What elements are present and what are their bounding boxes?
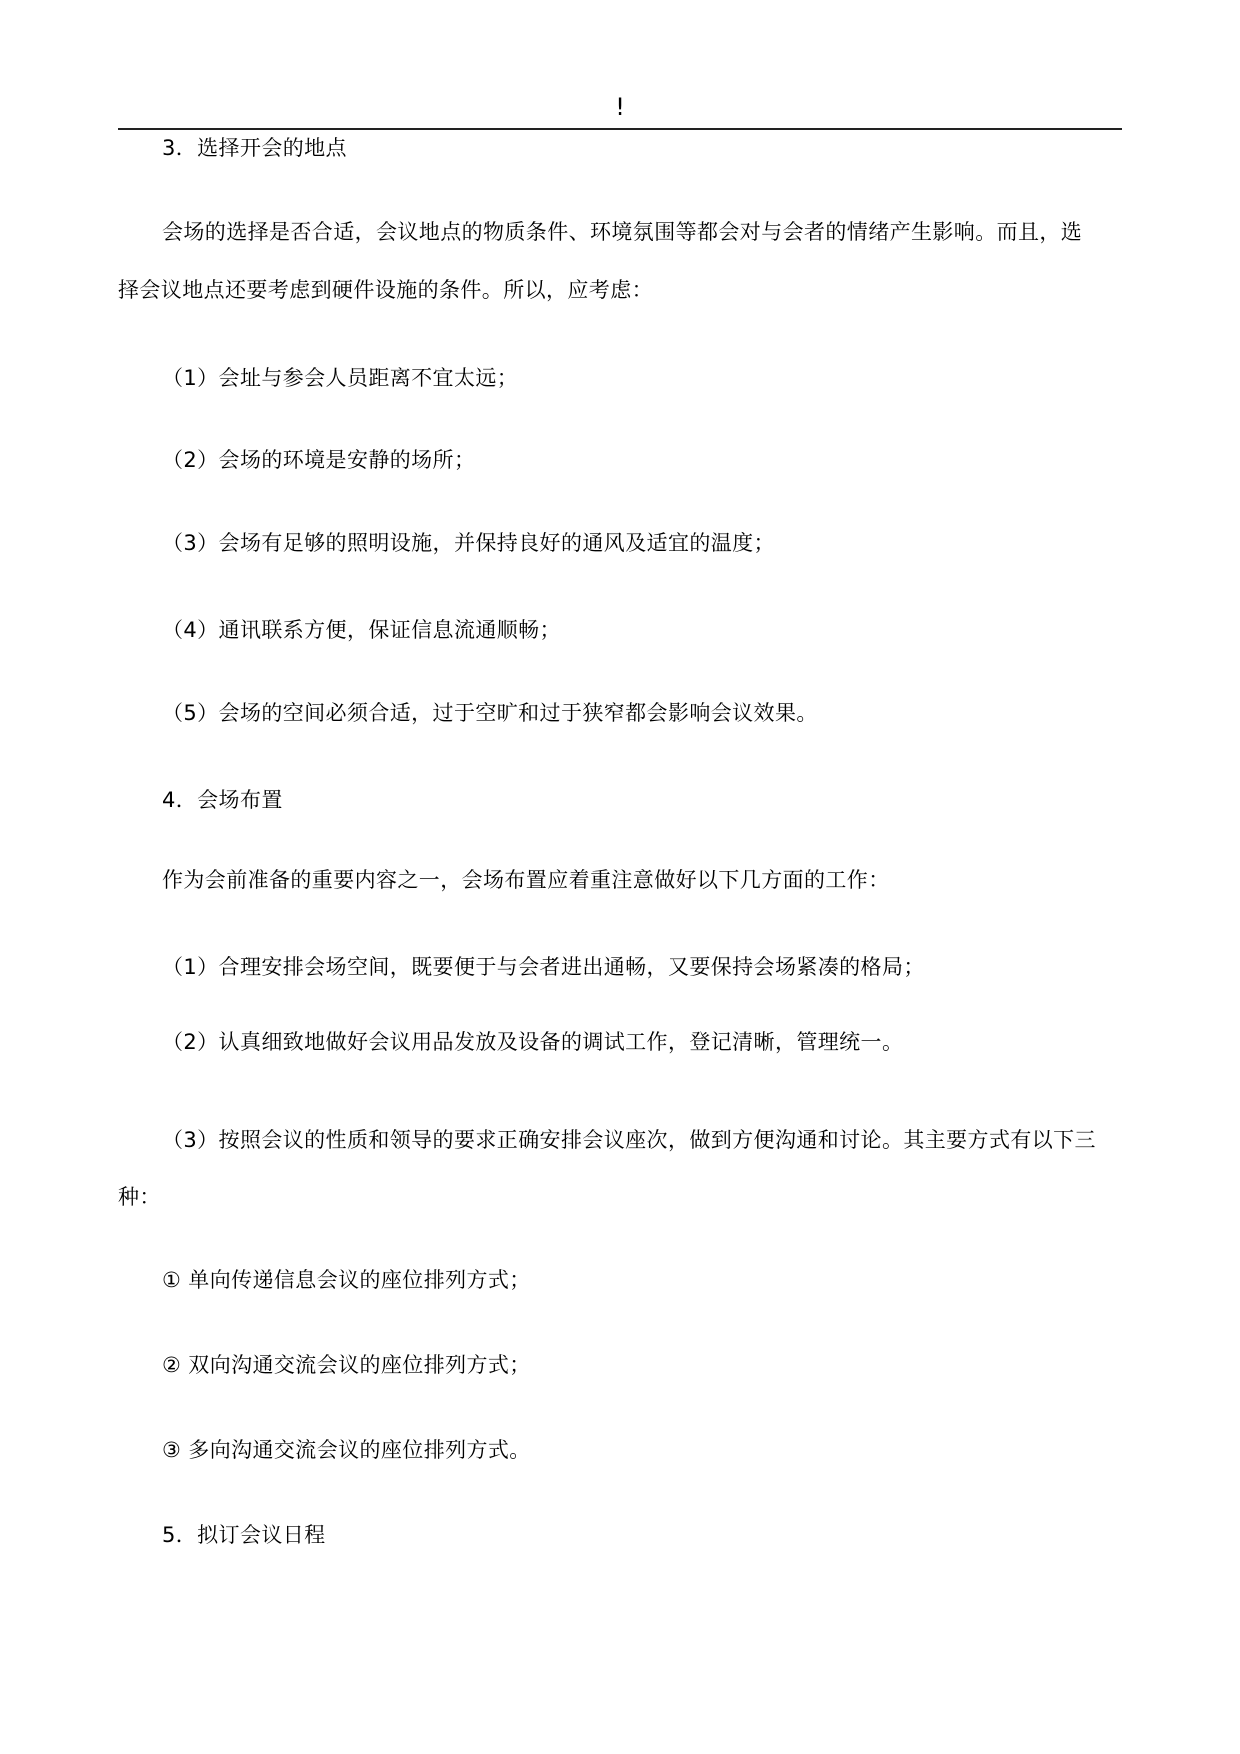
section-3-item-4: （4）通讯联系方便，保证信息流通顺畅； xyxy=(162,616,561,644)
section-4-item-1: （1）合理安排会场空间，既要便于与会者进出通畅，又要保持会场紧凑的格局； xyxy=(162,953,925,981)
seating-option-2: ② 双向沟通交流会议的座位排列方式； xyxy=(162,1351,531,1379)
section-3-heading: 3．选择开会的地点 xyxy=(162,134,347,162)
header-mark: ! xyxy=(0,93,1240,121)
header-divider xyxy=(118,128,1122,130)
section-3-intro-line-1: 会场的选择是否合适，会议地点的物质条件、环境氛围等都会对与会者的情绪产生影响。而… xyxy=(162,218,1082,246)
section-5-heading: 5．拟订会议日程 xyxy=(162,1521,326,1549)
seating-option-3: ③ 多向沟通交流会议的座位排列方式。 xyxy=(162,1436,531,1464)
seating-option-1: ① 单向传递信息会议的座位排列方式； xyxy=(162,1266,531,1294)
section-3-intro-line-2: 择会议地点还要考虑到硬件设施的条件。所以，应考虑： xyxy=(118,276,653,304)
section-4-heading: 4．会场布置 xyxy=(162,786,283,814)
section-4-intro: 作为会前准备的重要内容之一，会场布置应着重注意做好以下几方面的工作： xyxy=(162,866,890,894)
section-3-item-5: （5）会场的空间必须合适，过于空旷和过于狭窄都会影响会议效果。 xyxy=(162,699,818,727)
section-3-item-3: （3）会场有足够的照明设施，并保持良好的通风及适宜的温度； xyxy=(162,529,775,557)
section-3-item-2: （2）会场的环境是安静的场所； xyxy=(162,446,475,474)
section-4-item-3-line-1: （3）按照会议的性质和领导的要求正确安排会议座次，做到方便沟通和讨论。其主要方式… xyxy=(162,1126,1096,1154)
section-3-item-1: （1）会址与参会人员距离不宜太远； xyxy=(162,364,518,392)
section-4-item-2: （2）认真细致地做好会议用品发放及设备的调试工作，登记清晰，管理统一。 xyxy=(162,1028,903,1056)
section-4-item-3-line-2: 种： xyxy=(118,1183,161,1211)
